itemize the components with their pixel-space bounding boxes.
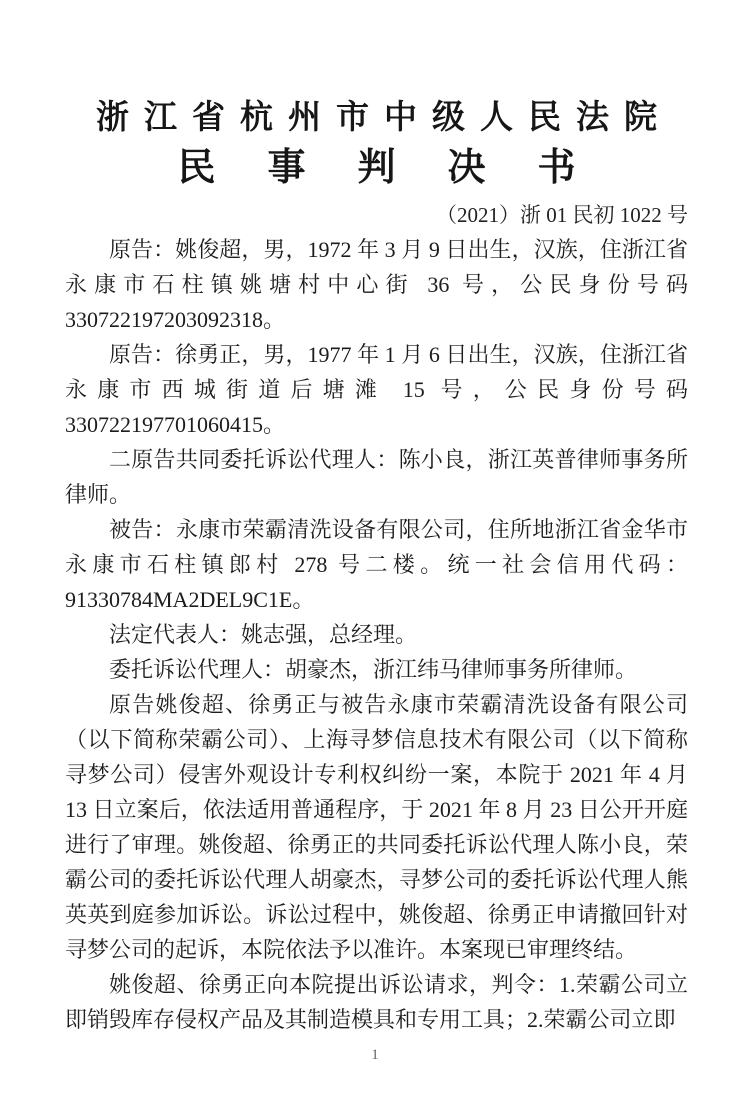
paragraph-plaintiff-yao: 原告：姚俊超，男，1972 年 3 月 9 日出生，汉族，住浙江省永康市石柱镇姚… [65,232,688,337]
judgment-body: 原告：姚俊超，男，1972 年 3 月 9 日出生，汉族，住浙江省永康市石柱镇姚… [65,232,688,1037]
paragraph-legal-representative: 法定代表人：姚志强，总经理。 [65,617,688,652]
paragraph-defendant: 被告：永康市荣霸清洗设备有限公司，住所地浙江省金华市永康市石柱镇郎村 278 号… [65,512,688,617]
paragraph-plaintiff-xu: 原告：徐勇正，男，1977 年 1 月 6 日出生，汉族，住浙江省永康市西城街道… [65,337,688,442]
paragraph-claims: 姚俊超、徐勇正向本院提出诉讼请求，判令：1.荣霸公司立即销毁库存侵权产品及其制造… [65,967,688,1037]
page-number: 1 [0,1046,750,1064]
document-title: 民事判决书 [65,142,688,194]
judgment-page: 浙江省杭州市中级人民法院 民事判决书 （2021）浙 01 民初 1022 号 … [0,0,750,1120]
paragraph-defendant-attorney: 委托诉讼代理人：胡豪杰，浙江纬马律师事务所律师。 [65,652,688,687]
court-name: 浙江省杭州市中级人民法院 [65,96,688,140]
paragraph-case-summary: 原告姚俊超、徐勇正与被告永康市荣霸清洗设备有限公司（以下简称荣霸公司）、上海寻梦… [65,687,688,967]
case-number: （2021）浙 01 民初 1022 号 [65,198,688,232]
paragraph-plaintiffs-attorney: 二原告共同委托诉讼代理人：陈小良，浙江英普律师事务所律师。 [65,442,688,512]
